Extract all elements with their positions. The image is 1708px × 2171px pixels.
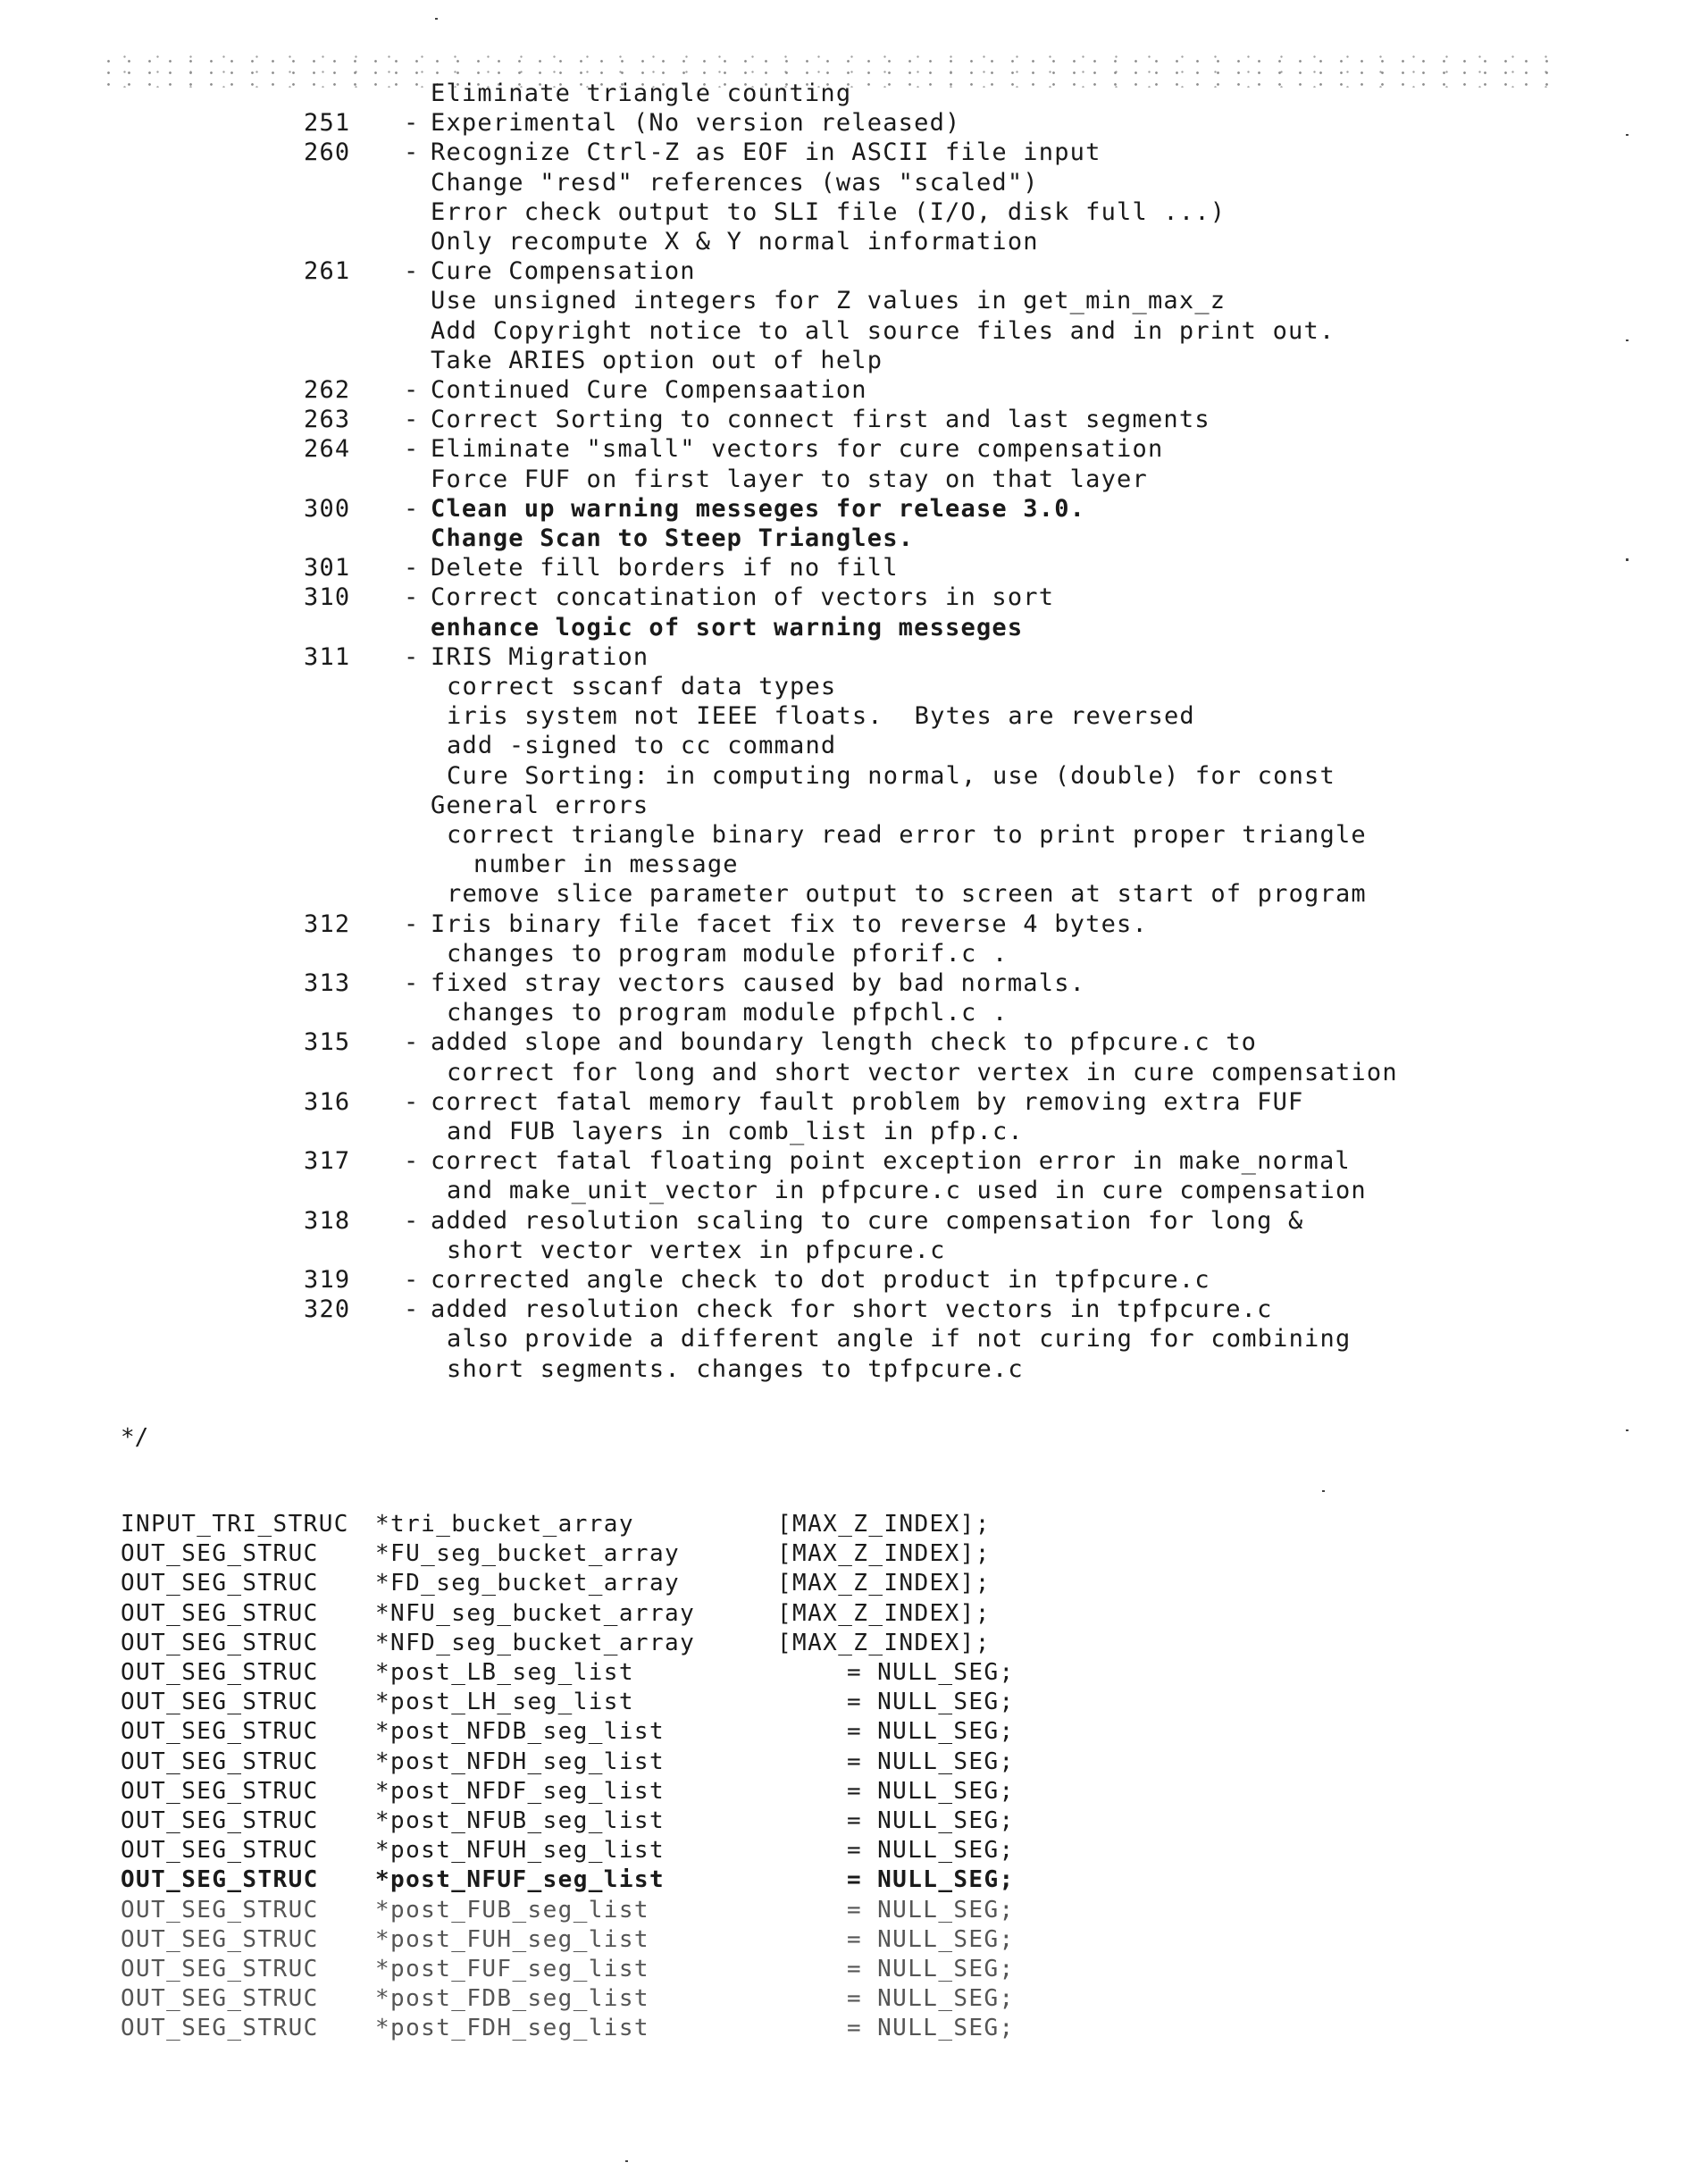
revision-text: Clean up warning messeges for release 3.… [431,494,1085,524]
revision-text: Cure Sorting: in computing normal, use (… [447,761,1335,791]
revision-text: added slope and boundary length check to… [431,1027,1257,1057]
declaration-type: OUT_SEG_STRUC [121,1806,319,1836]
revision-number: 300 [304,494,411,524]
revision-text: also provide a different angle if not cu… [447,1324,1351,1354]
revision-text: Eliminate "small" vectors for cure compe… [431,434,1163,464]
revision-text: short vector vertex in pfpcure.c [447,1236,946,1265]
revision-text: Correct concatination of vectors in sort [431,583,1054,612]
declaration-value: [MAX_Z_INDEX]; [777,1599,991,1629]
declaration-name: *post_NFDB_seg_list [375,1717,665,1747]
revision-dash: - [404,968,419,998]
revision-text: correct for long and short vector vertex… [447,1058,1398,1087]
revision-number: 315 [304,1027,411,1057]
declaration-value: = NULL_SEG; [847,1896,1015,1925]
revision-text: General errors [431,791,649,820]
declaration-name: *tri_bucket_array [375,1510,634,1539]
revision-number: 316 [304,1087,411,1117]
declaration-name: *post_FUF_seg_list [375,1955,649,1984]
revision-text: added resolution check for short vectors… [431,1295,1273,1324]
revision-text: fixed stray vectors caused by bad normal… [431,968,1085,998]
declaration-type: OUT_SEG_STRUC [121,1629,319,1658]
declaration-value: = NULL_SEG; [847,1688,1015,1717]
revision-dash: - [404,642,419,672]
revision-dash: - [404,256,419,286]
revision-dash: - [404,1087,419,1117]
declaration-name: *NFU_seg_bucket_array [375,1599,695,1629]
revision-dash: - [404,138,419,167]
revision-dash: - [404,434,419,464]
revision-text: enhance logic of sort warning messeges [431,613,1023,642]
revision-dash: - [404,553,419,583]
speck [1626,1429,1628,1431]
revision-text: corrected angle check to dot product in … [431,1265,1210,1295]
declaration-name: *FD_seg_bucket_array [375,1569,680,1598]
revision-dash: - [404,405,419,434]
revision-number: 260 [304,138,411,167]
revision-dash: - [404,1265,419,1295]
declaration-name: *post_NFDF_seg_list [375,1777,665,1806]
declaration-name: *post_FDB_seg_list [375,1984,649,2014]
declaration-type: OUT_SEG_STRUC [121,1688,319,1717]
declaration-type: OUT_SEG_STRUC [121,1599,319,1629]
revision-text: correct sscanf data types [447,672,836,701]
revision-text: short segments. changes to tpfpcure.c [447,1354,1024,1384]
declaration-type: OUT_SEG_STRUC [121,1717,319,1747]
speck [1626,339,1628,341]
revision-dash: - [404,583,419,612]
revision-text: Error check output to SLI file (I/O, dis… [431,197,1226,227]
revision-number: 317 [304,1146,411,1176]
revision-dash: - [404,1295,419,1324]
revision-dash: - [404,494,419,524]
revision-text: Cure Compensation [431,256,696,286]
revision-dash: - [404,1206,419,1236]
declaration-value: [MAX_Z_INDEX]; [777,1510,991,1539]
declaration-type: OUT_SEG_STRUC [121,1658,319,1688]
declaration-type: OUT_SEG_STRUC [121,2014,319,2043]
revision-dash: - [404,108,419,138]
declaration-type: OUT_SEG_STRUC [121,1925,319,1955]
declaration-name: *FU_seg_bucket_array [375,1539,680,1569]
revision-number: 264 [304,434,411,464]
revision-text: added resolution scaling to cure compens… [431,1206,1304,1236]
declaration-type: OUT_SEG_STRUC [121,1569,319,1598]
declaration-value: = NULL_SEG; [847,1748,1015,1777]
revision-text: Iris binary file facet fix to reverse 4 … [431,909,1148,939]
revision-number: 262 [304,375,411,405]
revision-number: 318 [304,1206,411,1236]
revision-text: Continued Cure Compensaation [431,375,867,405]
declaration-value: = NULL_SEG; [847,1777,1015,1806]
declaration-value: = NULL_SEG; [847,1984,1015,2014]
revision-text: Only recompute X & Y normal information [431,227,1039,256]
comment-close: */ [121,1423,148,1453]
revision-number: 301 [304,553,411,583]
revision-number: 261 [304,256,411,286]
revision-text: Experimental (No version released) [431,108,960,138]
revision-number: 319 [304,1265,411,1295]
declaration-type: OUT_SEG_STRUC [121,1896,319,1925]
declaration-type: OUT_SEG_STRUC [121,1836,319,1865]
revision-text: Use unsigned integers for Z values in ge… [431,286,1226,315]
revision-text: number in message [473,850,739,879]
declaration-value: [MAX_Z_INDEX]; [777,1569,991,1598]
declaration-value: = NULL_SEG; [847,1836,1015,1865]
declaration-name: *post_NFUH_seg_list [375,1836,665,1865]
revision-number: 312 [304,909,411,939]
declaration-value: = NULL_SEG; [847,1865,1015,1895]
declaration-type: OUT_SEG_STRUC [121,1865,319,1895]
revision-text: changes to program module pfpchl.c . [447,998,1008,1027]
declaration-type: INPUT_TRI_STRUC [121,1510,349,1539]
revision-text: Eliminate triangle counting [431,79,851,108]
revision-text: Recognize Ctrl-Z as EOF in ASCII file in… [431,138,1101,167]
declaration-name: *post_NFDH_seg_list [375,1748,665,1777]
declaration-name: *post_NFUF_seg_list [375,1865,665,1895]
speck [625,2160,628,2162]
declaration-type: OUT_SEG_STRUC [121,1539,319,1569]
declaration-name: *post_NFUB_seg_list [375,1806,665,1836]
revision-number: 251 [304,108,411,138]
revision-text: iris system not IEEE floats. Bytes are r… [447,701,1195,731]
declaration-value: = NULL_SEG; [847,2014,1015,2043]
revision-text: Take ARIES option out of help [431,346,883,375]
declaration-type: OUT_SEG_STRUC [121,1955,319,1984]
declaration-name: *post_LH_seg_list [375,1688,634,1717]
revision-number: 311 [304,642,411,672]
declaration-value: [MAX_Z_INDEX]; [777,1539,991,1569]
declaration-value: = NULL_SEG; [847,1658,1015,1688]
revision-text: add -signed to cc command [447,731,836,760]
revision-number: 313 [304,968,411,998]
declaration-type: OUT_SEG_STRUC [121,1748,319,1777]
speck [1322,1490,1325,1492]
declaration-value: = NULL_SEG; [847,1717,1015,1747]
revision-text: Delete fill borders if no fill [431,553,899,583]
declaration-type: OUT_SEG_STRUC [121,1984,319,2014]
revision-dash: - [404,909,419,939]
scanned-page: Eliminate triangle counting251-Experimen… [0,0,1708,2171]
revision-number: 263 [304,405,411,434]
declaration-name: *post_LB_seg_list [375,1658,634,1688]
revision-text: correct fatal floating point exception e… [431,1146,1351,1176]
revision-text: Change "resd" references (was "scaled") [431,168,1039,197]
revision-text: correct triangle binary read error to pr… [447,820,1367,850]
revision-number: 320 [304,1295,411,1324]
revision-text: Add Copyright notice to all source files… [431,316,1335,346]
revision-text: changes to program module pforif.c . [447,939,1008,968]
revision-text: correct fatal memory fault problem by re… [431,1087,1304,1117]
speck [1626,558,1628,561]
speck [1626,134,1628,136]
declaration-value: [MAX_Z_INDEX]; [777,1629,991,1658]
revision-number: 310 [304,583,411,612]
declaration-name: *post_FUB_seg_list [375,1896,649,1925]
revision-text: IRIS Migration [431,642,649,672]
revision-dash: - [404,375,419,405]
revision-text: Change Scan to Steep Triangles. [431,524,914,553]
revision-dash: - [404,1027,419,1057]
revision-text: and FUB layers in comb_list in pfp.c. [447,1117,1024,1146]
declaration-type: OUT_SEG_STRUC [121,1777,319,1806]
declaration-value: = NULL_SEG; [847,1955,1015,1984]
revision-text: Force FUF on first layer to stay on that… [431,465,1148,494]
declaration-name: *NFD_seg_bucket_array [375,1629,695,1658]
revision-dash: - [404,1146,419,1176]
revision-text: and make_unit_vector in pfpcure.c used i… [447,1176,1367,1205]
declaration-value: = NULL_SEG; [847,1925,1015,1955]
revision-text: Correct Sorting to connect first and las… [431,405,1210,434]
declaration-value: = NULL_SEG; [847,1806,1015,1836]
revision-text: remove slice parameter output to screen … [447,879,1367,909]
speck [435,18,438,20]
declaration-name: *post_FDH_seg_list [375,2014,649,2043]
declaration-name: *post_FUH_seg_list [375,1925,649,1955]
